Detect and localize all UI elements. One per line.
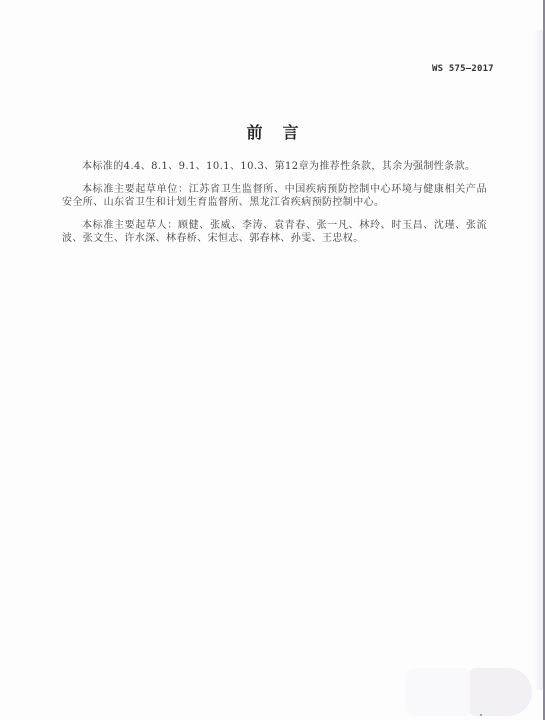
paragraph-drafters: 本标准主要起草人：顾健、张威、李涛、袁青春、张一凡、林玲、时玉昌、沈瑾、张流波、…	[62, 219, 487, 246]
scan-dot	[480, 714, 482, 716]
paragraph-clause-types: 本标准的4.4、8.1、9.1、10.1、10.3、第12章为推荐性条款，其余为…	[62, 160, 487, 174]
paragraph-drafting-units: 本标准主要起草单位：江苏省卫生监督所、中国疾病预防控制中心环境与健康相关产品安全…	[62, 183, 487, 210]
scan-artifact-right	[470, 668, 532, 716]
scan-artifact-left	[405, 668, 475, 716]
foreword-body: 本标准的4.4、8.1、9.1、10.1、10.3、第12章为推荐性条款，其余为…	[62, 160, 487, 255]
standard-code: WS 575—2017	[432, 64, 494, 74]
document-page: WS 575—2017 前言 本标准的4.4、8.1、9.1、10.1、10.3…	[0, 0, 545, 720]
page-title: 前言	[0, 120, 545, 143]
